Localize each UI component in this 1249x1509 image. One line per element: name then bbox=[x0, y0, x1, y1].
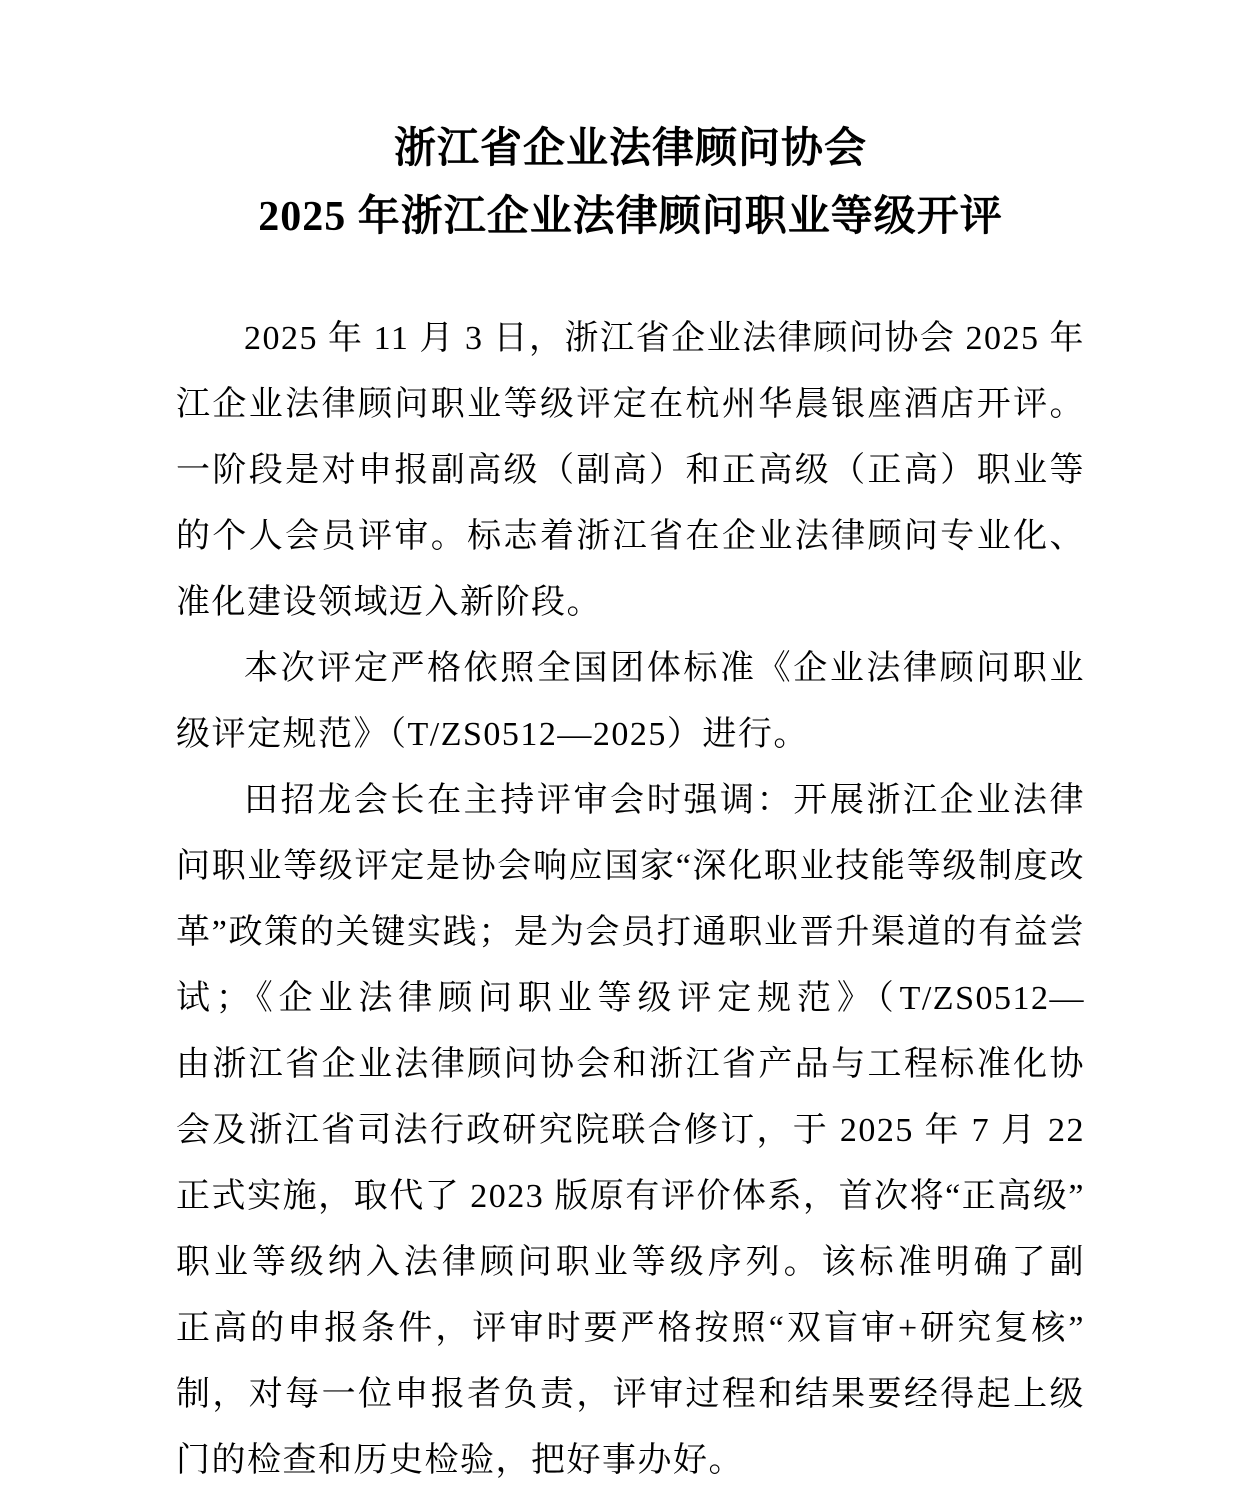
title-line-2: 2025 年浙江企业法律顾问职业等级开评 bbox=[176, 183, 1085, 251]
text-line: 门的检查和历史检验，把好事办好。 bbox=[176, 1428, 1085, 1494]
text-line: 职业等级纳入法律顾问职业等级序列。该标准明确了副高、 bbox=[176, 1230, 1085, 1296]
text-line: 2025 年 11 月 3 日，浙江省企业法律顾问协会 2025 年浙 bbox=[176, 306, 1085, 372]
document-body: 2025 年 11 月 3 日，浙江省企业法律顾问协会 2025 年浙江企业法律… bbox=[176, 306, 1085, 1494]
text-line: 本次评定严格依照全国团体标准《企业法律顾问职业等 bbox=[176, 636, 1085, 702]
text-line: 由浙江省企业法律顾问协会和浙江省产品与工程标准化协 bbox=[176, 1032, 1085, 1098]
title-line-1: 浙江省企业法律顾问协会 bbox=[176, 115, 1085, 183]
text-line: 的个人会员评审。标志着浙江省在企业法律顾问专业化、标 bbox=[176, 504, 1085, 570]
text-line: 一阶段是对申报副高级（副高）和正高级（正高）职业等级 bbox=[176, 438, 1085, 504]
text-line: 问职业等级评定是协会响应国家“深化职业技能等级制度改 bbox=[176, 834, 1085, 900]
text-line: 会及浙江省司法行政研究院联合修订，于 2025 年 7 月 22 日 bbox=[176, 1098, 1085, 1164]
text-line: 试；《企业法律顾问职业等级评定规范》（T/ZS0512—2025） bbox=[176, 966, 1085, 1032]
text-line: 正高的申报条件，评审时要严格按照“双盲审+研究复核” 机 bbox=[176, 1296, 1085, 1362]
text-line: 革”政策的关键实践；是为会员打通职业晋升渠道的有益尝 bbox=[176, 900, 1085, 966]
text-line: 田招龙会长在主持评审会时强调：开展浙江企业法律顾 bbox=[176, 768, 1085, 834]
text-line: 制，对每一位申报者负责，评审过程和结果要经得起上级部 bbox=[176, 1362, 1085, 1428]
text-line: 级评定规范》（T/ZS0512—2025）进行。 bbox=[176, 702, 1085, 768]
document-title: 浙江省企业法律顾问协会 2025 年浙江企业法律顾问职业等级开评 bbox=[176, 115, 1085, 251]
document-page: 浙江省企业法律顾问协会 2025 年浙江企业法律顾问职业等级开评 2025 年 … bbox=[0, 0, 1249, 1509]
text-line: 准化建设领域迈入新阶段。 bbox=[176, 570, 1085, 636]
text-line: 江企业法律顾问职业等级评定在杭州华晨银座酒店开评。第 bbox=[176, 372, 1085, 438]
text-line: 正式实施，取代了 2023 版原有评价体系，首次将“正高级” bbox=[176, 1164, 1085, 1230]
